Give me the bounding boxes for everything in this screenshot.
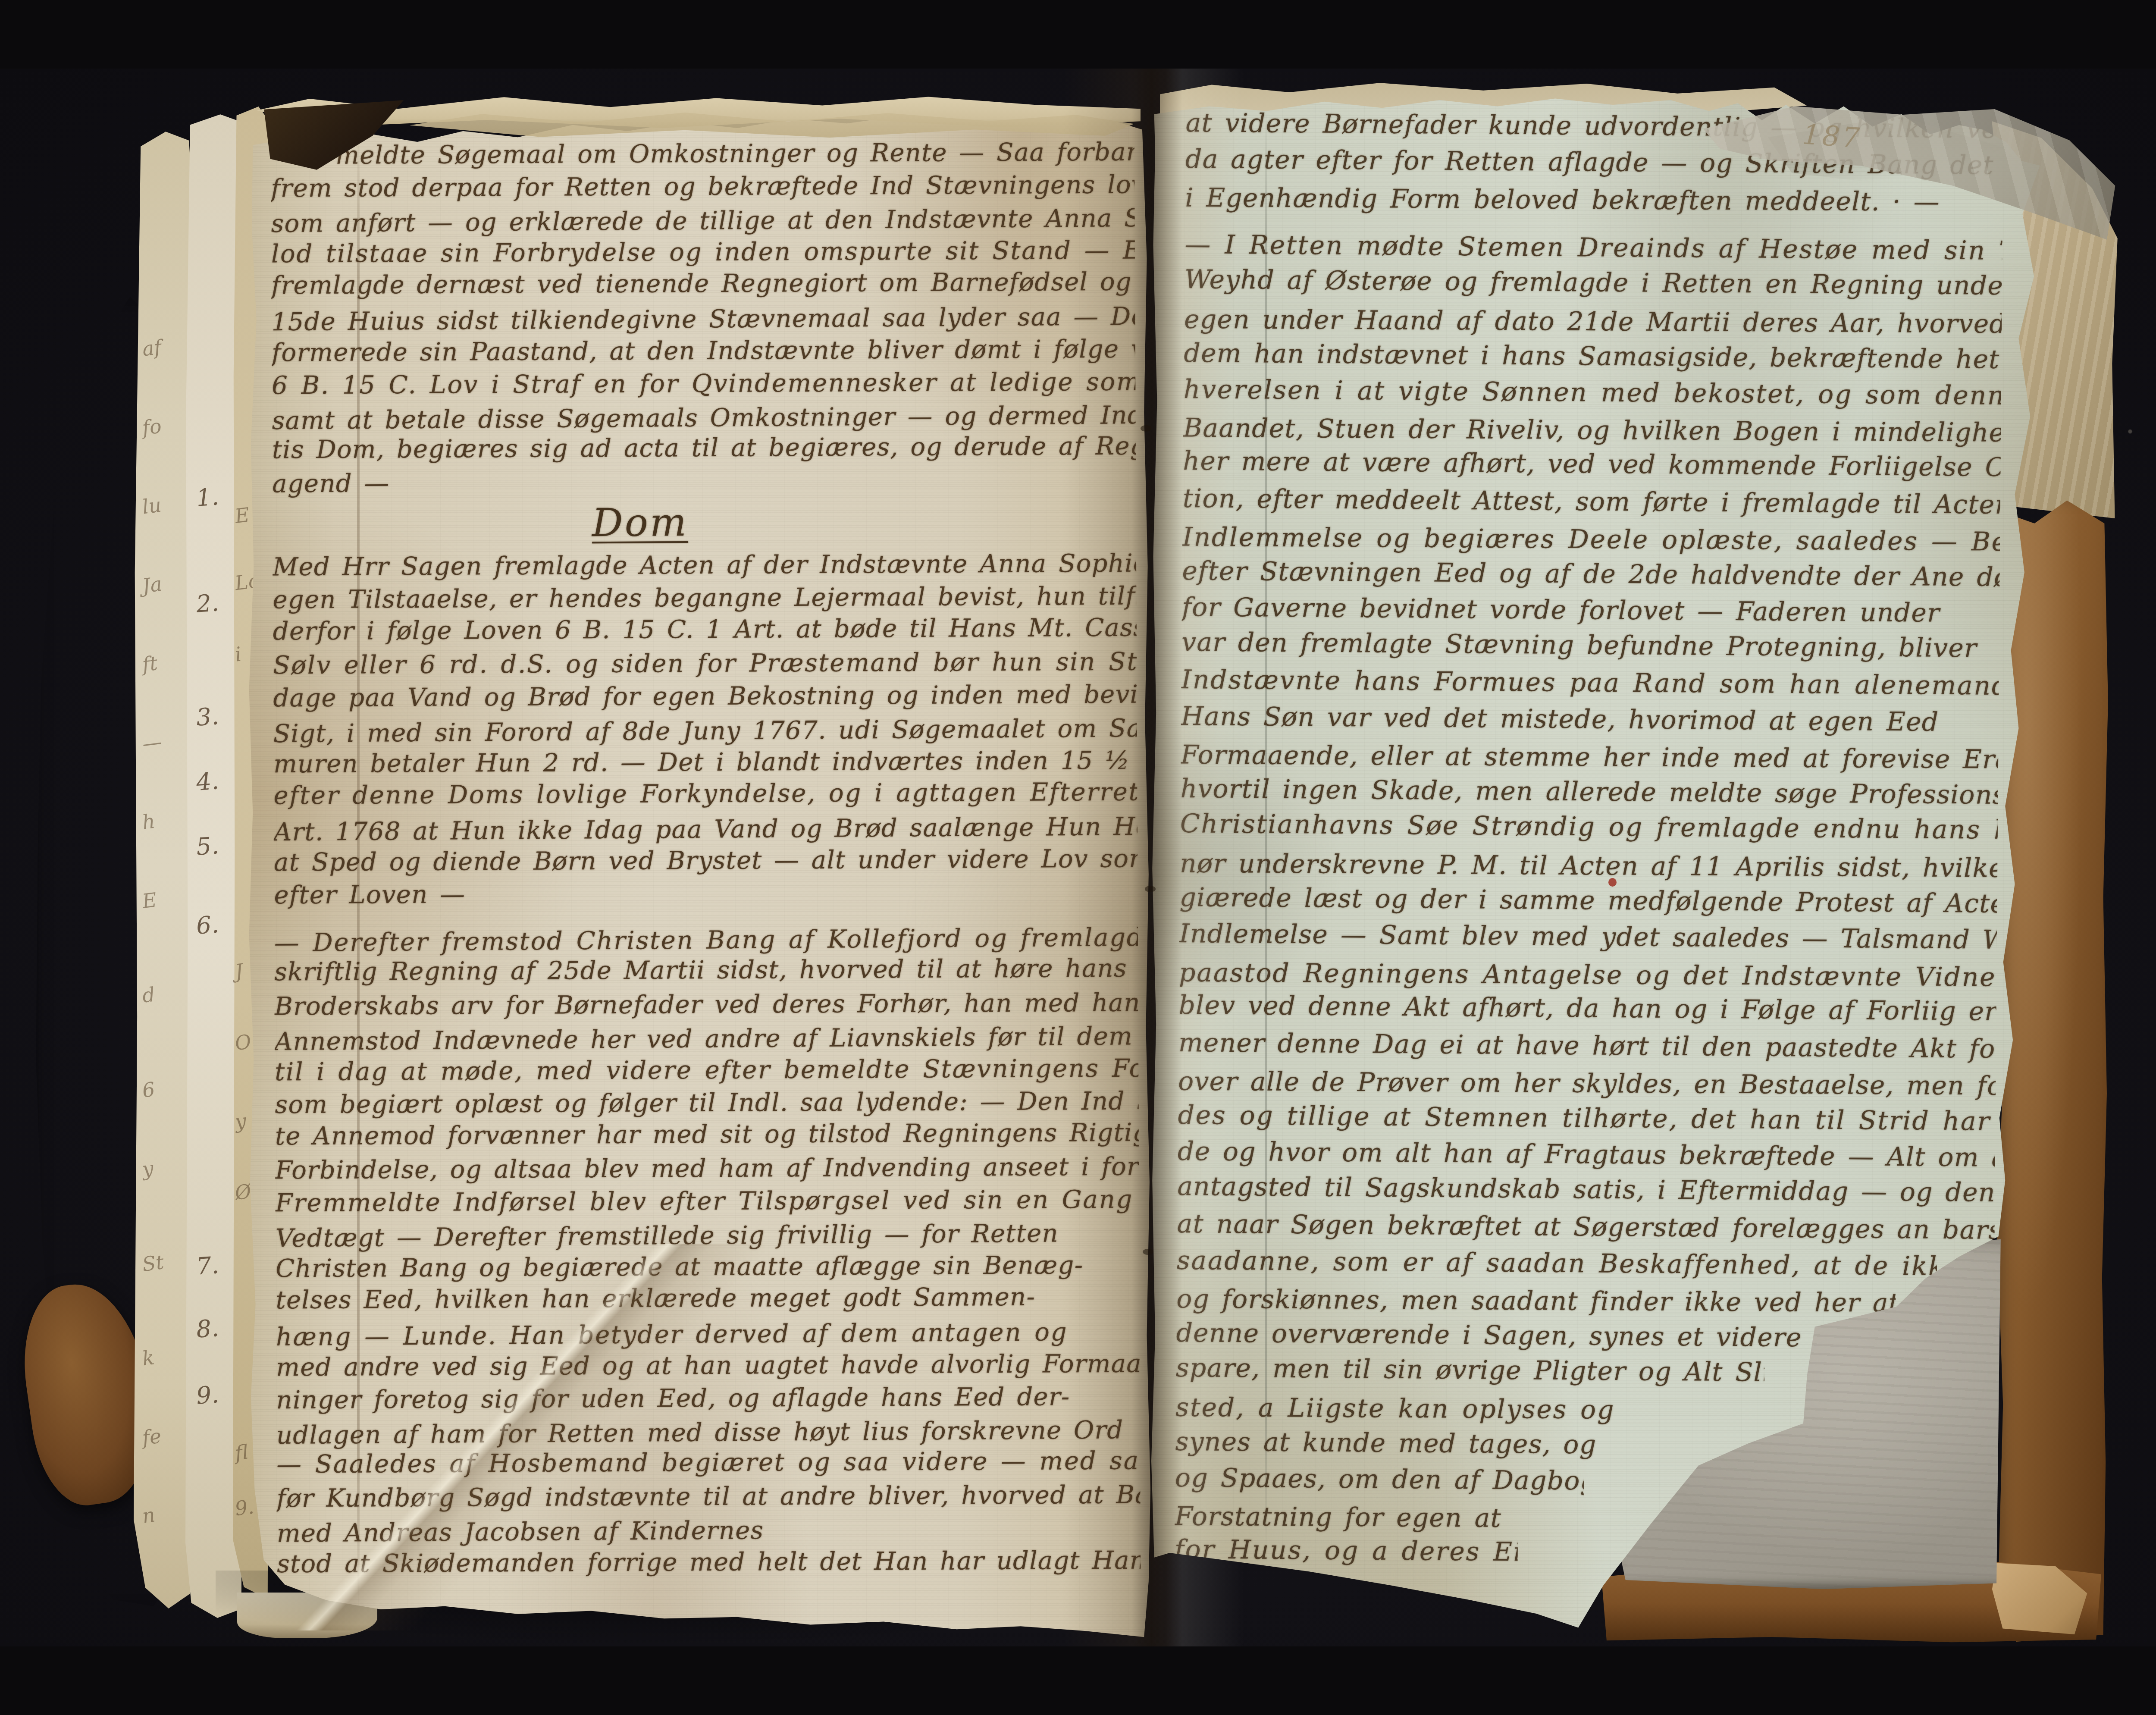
handwritten-line: at naar Søgen bekræftet at Søgerstæd for… (1177, 1206, 1995, 1248)
handwritten-line: lod tilstaae sin Forbrydelse og inden om… (271, 234, 1135, 270)
handwritten-line: spare, men til sin øvrige Pligter og Alt… (1176, 1350, 1764, 1391)
handwritten-line: nør underskrevne P. M. til Acten af 11 A… (1180, 846, 1997, 887)
handwritten-line: denne overværende i Sagen, synes et vide… (1176, 1315, 1847, 1356)
handwritten-line: egen under Haand af dato 21de Martii der… (1184, 301, 2002, 342)
handwritten-line: hæng — Lunde. Han betyder derved af dem … (276, 1315, 1140, 1353)
handwritten-line: som begiært oplæst og følger til Indl. s… (275, 1085, 1139, 1121)
handwritten-line: egen Tilstaaelse, er hendes begangne Lej… (273, 580, 1137, 616)
margin-number: 6. (195, 910, 220, 939)
edge-writing-fragments-outer: affoluJaft—hEd6yStkfen (142, 69, 185, 1646)
margin-number-column: 1.2.3.4.5.6.7.8.9. (196, 69, 239, 1646)
handwritten-line: Indlemmelse og begiæres Deele oplæste, s… (1182, 519, 2000, 560)
handwritten-line: efter Loven — (274, 875, 1138, 912)
handwritten-line: telses Eed, hvilken han erklærede meget … (276, 1280, 1140, 1317)
handwritten-line: og forskiønnes, men saadant finder ikke … (1176, 1281, 1896, 1321)
handwritten-line: som anført — og erklærede de tillige at … (271, 202, 1135, 240)
handwritten-line: meldte Søgemaal om Omkostninger og Rente… (271, 135, 1135, 172)
handwritten-line: saadanne, som er af saadan Beskaffenhed,… (1177, 1242, 1937, 1284)
handwritten-line: til i dag at møde, med videre efter beme… (275, 1052, 1139, 1088)
handwritten-line: formerede sin Paastand, at den Indstævnt… (272, 332, 1136, 369)
handwritten-line: 6 B. 15 C. Lov i Straf en for Qvindemenn… (272, 365, 1136, 402)
margin-number: 1. (195, 483, 220, 512)
handwritten-line: Forbindelse, og altsaa blev med ham af I… (275, 1150, 1139, 1187)
handwritten-line: mener denne Dag ei at have hørt til den … (1178, 1025, 1996, 1067)
section-heading-dom: Dom (272, 497, 1136, 553)
handwritten-line: dage paa Vand og Brød for egen Bekostnin… (273, 678, 1137, 715)
handwritten-line: hverelsen i at vigte Sønnen med bekostet… (1184, 371, 2001, 414)
handwritten-line: Christianhavns Søe Strøndig og fremlagde… (1180, 806, 1998, 848)
handwritten-line: for Huus, og a deres Eie (1175, 1531, 1518, 1570)
handwritten-line: ninger foretog sig for uden Eed, og afla… (276, 1380, 1140, 1417)
handwritten-line: Vedtægt — Derefter fremstillede sig friv… (276, 1216, 1140, 1255)
margin-number: 8. (195, 1314, 220, 1343)
handwritten-line: sted, a Liigste kan oplyses og (1175, 1389, 1666, 1429)
writing-fragment: af (141, 336, 163, 361)
binding-stitch (1143, 1249, 1153, 1255)
handwritten-line: Sigt, i med sin Forord af 8de Juny 1767.… (273, 712, 1137, 750)
handwritten-line: Broderskabs arv for Børnefader ved deres… (274, 986, 1138, 1023)
handwritten-line: Med Hrr Sagen fremlagde Acten af der Ind… (273, 547, 1137, 583)
handwritten-line: Formaaende, eller at stemme her inde med… (1181, 737, 1998, 778)
handwritten-line: Weyhd af Østerøe og fremlagde i Retten e… (1185, 261, 2002, 304)
handwritten-line: synes at kunde med tages, og (1175, 1423, 1617, 1463)
handwritten-line: te Annemod forvænner har med sit og tils… (275, 1116, 1139, 1153)
handwritten-line: Hans Søn var ved det mistede, hvorimod a… (1181, 698, 1999, 740)
handwritten-line: og Spaaes, om den af Dagbog (1175, 1460, 1584, 1499)
left-page: meldte Søgemaal om Omkostninger og Rente… (244, 105, 1158, 1643)
handwritten-line: — Saaledes af Hosbemand begiæret og saa … (276, 1444, 1141, 1481)
writing-fragment: St (141, 1251, 165, 1276)
handwritten-line: med Andreas Jacobsen af Kindernes (277, 1513, 899, 1550)
writing-fragment: ft (141, 652, 159, 676)
margin-number: 3. (195, 702, 220, 731)
handwritten-line: derfor i følge Loven 6 B. 15 C. 1 Art. a… (273, 611, 1137, 648)
handwritten-line: 15de Huius sidst tilkiendegivne Stævnema… (271, 300, 1135, 339)
writing-fragment: fe (141, 1424, 163, 1449)
handwritten-line: fremlagde dernæst ved tienende Regnegior… (271, 265, 1135, 302)
handwritten-line: Indlemelse — Samt blev med ydet saaledes… (1179, 916, 1997, 958)
handwritten-line: stod at Skiødemanden forrige med helt de… (277, 1544, 1141, 1580)
handwritten-line: Sølv eller 6 rd. d.S. og siden for Præst… (273, 645, 1137, 682)
margin-number: 2. (195, 589, 220, 618)
handwritten-line: tion, efter meddeelt Attest, som førte i… (1183, 480, 2000, 523)
handwritten-line: over alle de Prøver om her skyldes, en B… (1178, 1063, 1996, 1104)
margin-number: 9. (195, 1380, 220, 1409)
handwritten-line: i Egenhændig Form beloved bekræften medd… (1185, 180, 2002, 221)
margin-number: 7. (195, 1251, 220, 1280)
writing-fragment: d (141, 983, 157, 1007)
writing-fragment: h (141, 809, 157, 834)
handwritten-line: tis Dom, begiæres sig ad acta til at beg… (272, 430, 1136, 466)
handwritten-line: skriftlig Regning af 25de Martii sidst, … (274, 952, 1138, 988)
binding-stitch (1141, 425, 1151, 432)
red-ink-spot (1608, 878, 1617, 887)
writing-fragment: fo (141, 415, 163, 440)
page-number: 187 (1802, 119, 1863, 154)
margin-number: 4. (195, 767, 220, 796)
handwritten-line: agend — (272, 464, 1136, 500)
handwritten-line: Forstatning for egen at (1175, 1498, 1542, 1536)
handwritten-line: blev ved denne Akt afhørt, da han og i F… (1179, 987, 1996, 1030)
handwritten-line: efter denne Doms lovlige Forkyndelse, og… (273, 775, 1138, 812)
writing-fragment: n (141, 1504, 157, 1528)
handwritten-line: her mere at være afhørt, ved ved kommend… (1183, 443, 2000, 486)
photo-open-manuscript-protocol: affoluJaft—hEd6yStkfen ELoiJOyØfl9. 1.2.… (0, 69, 2156, 1646)
writing-fragment: — (141, 730, 163, 755)
writing-fragment: Ja (141, 572, 163, 597)
handwritten-line: antagsted til Sagskundskab satis, i Efte… (1177, 1168, 1995, 1211)
handwritten-line: Art. 1768 at Hun ikke Idag paa Vand og B… (273, 810, 1138, 848)
binding-stitch (1145, 886, 1156, 892)
handwritten-line: muren betaler Hun 2 rd. — Det i blandt i… (273, 744, 1138, 781)
handwritten-line: frem stod derpaa for Retten og bekræfted… (271, 168, 1135, 205)
writing-fragment: E (141, 888, 158, 913)
handwritten-line: Indstævnte hans Formues paa Rand som han… (1181, 662, 1999, 704)
writing-fragment: lu (141, 494, 163, 519)
handwritten-line: var den fremlagte Stævning befundne Prot… (1181, 624, 1999, 667)
handwritten-line: Annemstod Indævnede her ved andre af Lia… (275, 1019, 1139, 1058)
writing-fragment: k (141, 1346, 156, 1370)
handwritten-line: at Sped og diende Børn ved Brystet — alt… (274, 842, 1138, 879)
writing-fragment: y (141, 1157, 155, 1181)
handwritten-line: Fremmeldte Indførsel blev efter Tilspørg… (275, 1183, 1139, 1220)
writing-fragment: 6 (141, 1078, 156, 1102)
margin-number: 5. (195, 831, 220, 860)
handwritten-line: Christen Bang og begiærede at maatte afl… (276, 1248, 1140, 1285)
handwritten-line: før Kundbørg Søgd indstævnte til at andr… (276, 1478, 1141, 1515)
left-page-handwriting: meldte Søgemaal om Omkostninger og Rente… (271, 135, 1141, 1580)
